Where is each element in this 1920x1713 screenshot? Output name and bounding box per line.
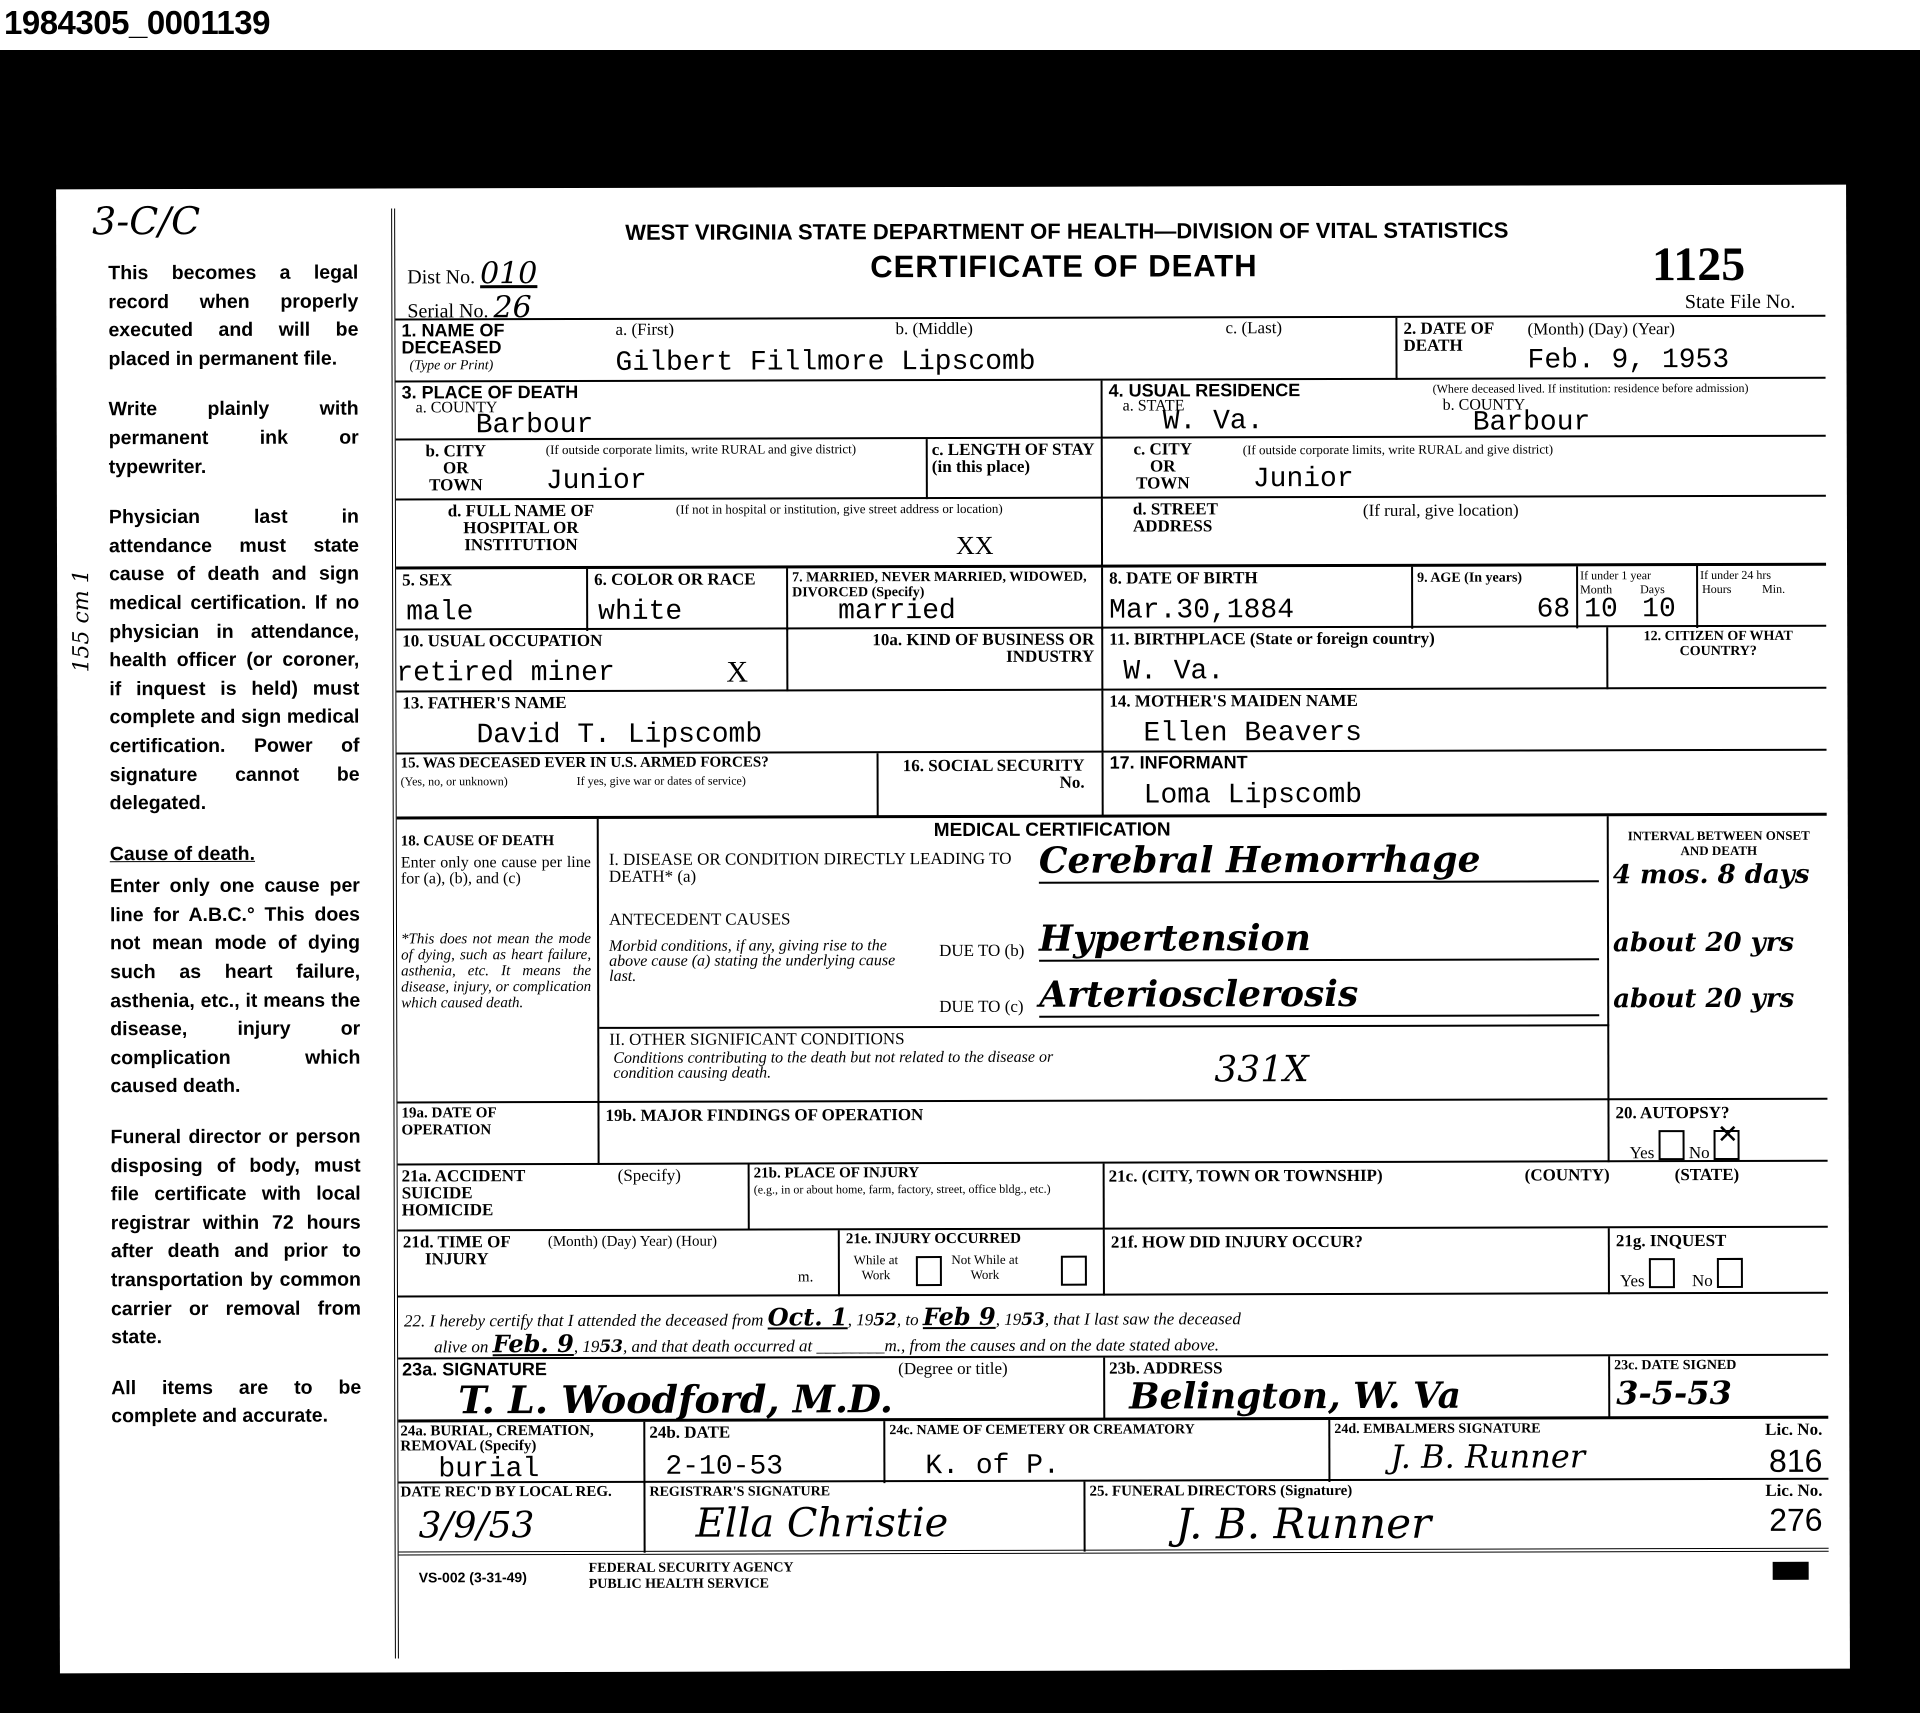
field-operation-findings: 19b. MAJOR FINDINGS OF OPERATION (597, 1100, 1607, 1165)
informant-label: 17. INFORMANT (1110, 754, 1248, 771)
row-attendance-statement: 22. I hereby certify that I attended the… (398, 1292, 1828, 1360)
length-of-stay-label: c. LENGTH OF STAY (in this place) (932, 441, 1097, 475)
attend-alive-year: 53 (599, 1337, 623, 1357)
street-note: (If rural, give location) (1363, 502, 1519, 519)
burial-date-value: 2-10-53 (665, 1453, 783, 1481)
mother-value: Ellen Beavers (1143, 720, 1362, 749)
form-number: VS-002 (3-31-49) (419, 1569, 527, 1586)
certificate-paper: 3-C/C 155 cm 1 This becomes a legal reco… (56, 185, 1850, 1674)
signature-label: 23a. SIGNATURE (402, 1361, 547, 1378)
physician-address: Belington, W. Va (1129, 1375, 1461, 1418)
disposition-label: 24a. BURIAL, CREMATION, REMOVAL (Specify… (400, 1424, 640, 1455)
cause-a-label: I. DISEASE OR CONDITION DIRECTLY LEADING… (609, 850, 1029, 885)
field-place-city: b. CITY OR TOWN (If outside corporate li… (396, 439, 926, 500)
cause-c-label: DUE TO (c) (939, 998, 1023, 1015)
dob-value: Mar.30,1884 (1109, 597, 1294, 625)
field-accident: 21a. ACCIDENT SUICIDE HOMICIDE (Specify) (398, 1165, 748, 1232)
inquest-yes-label: Yes (1620, 1271, 1645, 1290)
hospital-value: XX (956, 531, 994, 561)
field-under-1-year: If under 1 year Month Days 10 10 (1576, 566, 1696, 628)
business-label: 10a. KIND OF BUSINESS OR INDUSTRY (794, 631, 1094, 666)
occupation-mark: X (726, 656, 748, 690)
residence-note: (Where deceased lived. If institution: r… (1433, 381, 1813, 397)
row-medical-certification: 18. CAUSE OF DEATH Enter only one cause … (397, 813, 1828, 1105)
field-disposition: 24a. BURIAL, CREMATION, REMOVAL (Specify… (398, 1422, 643, 1485)
injury-time-label: 21d. TIME OF INJURY (402, 1233, 512, 1267)
while-at-work-label: While at Work (846, 1252, 906, 1282)
accident-label: 21a. ACCIDENT SUICIDE HOMICIDE (402, 1167, 552, 1218)
instruction-funeral: Funeral director or person disposing of … (111, 1123, 362, 1352)
place-of-injury-label: 21b. PLACE OF INJURY (754, 1166, 920, 1181)
interval-b: about 20 yrs (1613, 928, 1794, 958)
form-footer: VS-002 (3-31-49) FEDERAL SECURITY AGENCY… (399, 1548, 1829, 1616)
row-signature: 23a. SIGNATURE (Degree or title) T. L. W… (398, 1354, 1828, 1422)
name-sublabel: (Type or Print) (410, 358, 494, 373)
state-file-no: State File No. (1685, 291, 1796, 314)
hours-label: Hours (1702, 582, 1731, 597)
cause-code: 331X (1214, 1049, 1308, 1090)
instructions-sidebar: This becomes a legal record when properl… (108, 259, 361, 1454)
footer-agency-1: FEDERAL SECURITY AGENCY (589, 1560, 794, 1576)
attend-to: Feb 9 (923, 1302, 996, 1331)
deceased-name: Gilbert Fillmore Lipscomb (615, 349, 1035, 378)
injury-time-m: m. (798, 1270, 813, 1285)
not-while-at-work-label: Not While at Work (950, 1252, 1020, 1282)
sex-value: male (406, 599, 473, 627)
field-res-city: c. CITY OR TOWN (If outside corporate li… (1101, 437, 1826, 499)
row-injury-time: 21d. TIME OF INJURY (Month) (Day) Year) … (398, 1226, 1828, 1298)
min-label: Min. (1762, 582, 1785, 597)
row-place-county: 3. PLACE OF DEATH a. COUNTY Barbour 4. U… (396, 377, 1826, 441)
field-residence-state-county: 4. USUAL RESIDENCE (Where deceased lived… (1101, 379, 1826, 439)
attend-text-6: alive on (434, 1337, 488, 1356)
antecedent-note: Morbid conditions, if any, giving rise t… (609, 938, 919, 984)
not-while-at-work-checkbox[interactable] (1061, 1256, 1087, 1286)
under1-label: If under 1 year (1580, 568, 1651, 583)
field-injury-time: 21d. TIME OF INJURY (Month) (Day) Year) … (398, 1230, 838, 1297)
date-of-death-value: Feb. 9, 1953 (1527, 347, 1729, 376)
autopsy-label: 20. AUTOPSY? (1615, 1104, 1729, 1121)
date-signed-value: 3-5-53 (1616, 1374, 1732, 1412)
injury-time-cols: (Month) (Day) Year) (Hour) (548, 1235, 717, 1250)
inquest-yes-checkbox[interactable] (1649, 1258, 1675, 1288)
field-age: 9. AGE (In years) 68 (1411, 566, 1576, 628)
sex-label: 5. SEX (402, 571, 452, 588)
place-city-value: Junior (546, 468, 647, 496)
form-header: WEST VIRGINIA STATE DEPARTMENT OF HEALTH… (395, 205, 1825, 319)
field-informant: 17. INFORMANT Loma Lipscomb (1102, 751, 1827, 817)
attendance-line-2: alive on Feb. 9, 1953, and that death oc… (434, 1327, 1219, 1358)
race-label: 6. COLOR OR RACE (594, 571, 756, 588)
row-name: 1. NAME OF DECEASED (Type or Print) a. (… (395, 315, 1825, 383)
instruction-legal: This becomes a legal record when properl… (108, 259, 358, 374)
field-hospital: d. FULL NAME OF HOSPITAL OR INSTITUTION … (396, 499, 1101, 569)
footer-agency-2: PUBLIC HEALTH SERVICE (589, 1576, 769, 1591)
while-at-work-checkbox[interactable] (916, 1256, 942, 1286)
field-physician-signature: 23a. SIGNATURE (Degree or title) T. L. W… (398, 1358, 1103, 1422)
citizen-label: 12. CITIZEN OF WHAT COUNTRY? (1618, 629, 1818, 660)
field-ssn: 16. SOCIAL SECURITY No. (877, 753, 1102, 818)
other-conditions-label: II. OTHER SIGNIFICANT CONDITIONS (609, 1030, 904, 1048)
cause-c-value: Arteriosclerosis (1039, 972, 1599, 1017)
cemetery-value: K. of P. (925, 1453, 1059, 1481)
field-date-received: DATE REC'D BY LOCAL REG. 3/9/53 (398, 1483, 643, 1554)
embalmer-label: 24d. EMBALMERS SIGNATURE (1334, 1421, 1540, 1437)
row-burial: 24a. BURIAL, CREMATION, REMOVAL (Specify… (398, 1416, 1828, 1485)
funeral-lic-value: 276 (1769, 1502, 1822, 1539)
birthplace-value: W. Va. (1123, 658, 1224, 686)
embalmer-signature: J. B. Runner (1390, 1437, 1585, 1476)
date-of-death-label: 2. DATE OF DEATH (1403, 320, 1503, 354)
attend-text-8: , and that death occurred at (623, 1336, 812, 1355)
interval-c: about 20 yrs (1613, 984, 1794, 1014)
mother-label: 14. MOTHER'S MAIDEN NAME (1109, 692, 1357, 710)
funeral-director-label: 25. FUNERAL DIRECTORS (Signature) (1089, 1483, 1352, 1501)
row-city: b. CITY OR TOWN (If outside corporate li… (396, 435, 1826, 501)
cause-b-label: DUE TO (b) (939, 942, 1024, 959)
attend-alive: Feb. 9 (493, 1329, 574, 1358)
certificate-title: CERTIFICATE OF DEATH (870, 248, 1257, 285)
scan-background: 3-C/C 155 cm 1 This becomes a legal reco… (0, 50, 1920, 1713)
father-value: David T. Lipscomb (476, 721, 762, 750)
field-place-of-injury: 21b. PLACE OF INJURY (e.g., in or about … (748, 1164, 1103, 1231)
cause-label: 18. CAUSE OF DEATH (401, 833, 554, 850)
physician-signature: T. L. Woodford, M.D. (458, 1376, 893, 1422)
cause-b-value: Hypertension (1039, 916, 1599, 961)
attend-text-1: 22. I hereby certify that I attended the… (404, 1310, 763, 1330)
interval-a: 4 mos. 8 days (1613, 860, 1810, 891)
date-signed-label: 23c. DATE SIGNED (1614, 1358, 1736, 1373)
embalmer-lic-label: Lic. No. (1765, 1421, 1822, 1438)
middle-label: b. (Middle) (895, 321, 972, 336)
name-label: 1. NAME OF DECEASED (401, 322, 551, 356)
field-mother: 14. MOTHER'S MAIDEN NAME Ellen Beavers (1101, 689, 1826, 753)
date-received-label: DATE REC'D BY LOCAL REG. (400, 1485, 630, 1501)
field-marital: 7. MARRIED, NEVER MARRIED, WIDOWED, DIVO… (786, 568, 1101, 631)
row-parents: 13. FATHER'S NAME David T. Lipscomb 14. … (396, 687, 1826, 755)
place-county-value: Barbour (476, 412, 594, 440)
instruction-complete: All items are to be complete and accurat… (111, 1373, 361, 1431)
document-id: 1984305_0001139 (4, 4, 270, 42)
inquest-no-label: No (1692, 1271, 1713, 1290)
operation-date-label: 19a. DATE OF OPERATION (401, 1105, 521, 1139)
field-injury-occurred: 21e. INJURY OCCURRED While at Work Not W… (838, 1230, 1103, 1297)
father-label: 13. FATHER'S NAME (402, 694, 566, 711)
attend-text-4: , 19 (996, 1310, 1022, 1329)
field-place-county: 3. PLACE OF DEATH a. COUNTY Barbour (396, 381, 1101, 441)
inquest-options: Yes No (1620, 1258, 1743, 1288)
divider-other-conditions (599, 1024, 1609, 1029)
occupation-label: 10. USUAL OCCUPATION (402, 632, 602, 650)
cause-instr: Enter only one cause per line for (a), (… (401, 855, 591, 887)
autopsy-no-checkbox[interactable] (1714, 1130, 1740, 1160)
funeral-lic-label: Lic. No. (1765, 1482, 1822, 1499)
file-number: 1125 (1652, 237, 1746, 292)
field-embalmer: 24d. EMBALMERS SIGNATURE Lic. No. J. B. … (1328, 1419, 1828, 1482)
field-inquest: 21g. INQUEST Yes No (1608, 1228, 1828, 1295)
instruction-cause: Enter only one cause per line for A.B.C.… (110, 872, 361, 1101)
field-funeral-director: 25. FUNERAL DIRECTORS (Signature) Lic. N… (1083, 1480, 1828, 1552)
res-city-label: c. CITY OR TOWN (1123, 440, 1203, 491)
field-dob: 8. DATE OF BIRTH Mar.30,1884 (1101, 567, 1411, 630)
dob-label: 8. DATE OF BIRTH (1109, 569, 1258, 586)
field-registrar: REGISTRAR'S SIGNATURE Ella Christie (643, 1482, 1083, 1553)
autopsy-yes-checkbox[interactable] (1659, 1130, 1685, 1160)
field-autopsy: 20. AUTOPSY? Yes No (1607, 1100, 1827, 1163)
first-label: a. (First) (615, 322, 674, 337)
res-city-note: (If outside corporate limits, write RURA… (1243, 441, 1553, 457)
age-label: 9. AGE (In years) (1417, 571, 1522, 586)
row-hospital: d. FULL NAME OF HOSPITAL OR INSTITUTION … (396, 495, 1826, 569)
field-occupation: 10. USUAL OCCUPATION retired miner X (396, 629, 786, 692)
race-value: white (598, 599, 682, 627)
res-city-value: Junior (1253, 466, 1354, 494)
attend-from: Oct. 1 (768, 1302, 848, 1331)
injury-city-label: 21c. (CITY, TOWN OR TOWNSHIP) (1109, 1167, 1383, 1185)
place-city-label: b. CITY OR TOWN (416, 442, 496, 493)
injury-occurred-label: 21e. INJURY OCCURRED (846, 1232, 1021, 1247)
attend-text-7: , 19 (574, 1337, 600, 1356)
res-county-value: Barbour (1473, 409, 1591, 437)
embalmer-lic-value: 816 (1769, 1443, 1822, 1480)
informant-value: Loma Lipscomb (1144, 782, 1363, 811)
injury-county-label: (COUNTY) (1525, 1166, 1610, 1183)
field-cause-instructions: 18. CAUSE OF DEATH Enter only one cause … (397, 819, 598, 1105)
side-note: 155 cm 1 (69, 569, 94, 672)
operation-findings-label: 19b. MAJOR FINDINGS OF OPERATION (605, 1106, 923, 1124)
degree-label: (Degree or title) (898, 1360, 1008, 1377)
cemetery-label: 24c. NAME OF CEMETERY OR CREAMATORY (889, 1422, 1194, 1438)
autopsy-options: Yes No (1630, 1130, 1740, 1160)
row-armed-forces: 15. WAS DECEASED EVER IN U.S. ARMED FORC… (397, 749, 1827, 819)
field-name: 1. NAME OF DECEASED (Type or Print) a. (… (395, 318, 1395, 383)
disposition-value: burial (438, 1456, 539, 1484)
field-sex: 5. SEX male (396, 569, 586, 631)
dist-value: 010 (480, 256, 537, 291)
field-business: 10a. KIND OF BUSINESS OR INDUSTRY (786, 629, 1101, 692)
field-date-signed: 23c. DATE SIGNED 3-5-53 (1608, 1356, 1828, 1419)
top-bar: 1984305_0001139 (0, 0, 1920, 50)
ssn-label: 16. SOCIAL SECURITY No. (885, 757, 1085, 792)
injury-state-label: (STATE) (1675, 1166, 1740, 1183)
field-citizen: 12. CITIZEN OF WHAT COUNTRY? (1606, 627, 1826, 690)
armed-forces-sub2: If yes, give war or dates of service) (577, 774, 746, 789)
dist-label: Dist No. (407, 266, 475, 288)
field-race: 6. COLOR OR RACE white (586, 568, 786, 631)
row-occupation: 10. USUAL OCCUPATION retired miner X 10a… (396, 625, 1826, 693)
field-armed-forces: 15. WAS DECEASED EVER IN U.S. ARMED FORC… (397, 753, 877, 818)
marital-value: married (838, 598, 956, 626)
date-received-value: 3/9/53 (419, 1505, 535, 1546)
instruction-physician: Physician last in attendance must state … (109, 503, 360, 818)
medical-cert-title: MEDICAL CERTIFICATION (934, 821, 1171, 839)
field-father: 13. FATHER'S NAME David T. Lipscomb (396, 691, 1101, 755)
funeral-director-signature: J. B. Runner (1175, 1499, 1431, 1549)
last-label: c. (Last) (1225, 320, 1282, 335)
burial-date-label: 24b. DATE (649, 1424, 730, 1441)
field-cemetery: 24c. NAME OF CEMETERY OR CREAMATORY K. o… (883, 1420, 1328, 1483)
row-sex-race: 5. SEX male 6. COLOR OR RACE white 7. MA… (396, 563, 1826, 632)
address-label: 23b. ADDRESS (1109, 1359, 1222, 1376)
cause-a-value: Cerebral Hemorrhage (1039, 838, 1599, 883)
age-value: 68 (1537, 596, 1571, 624)
certificate-form: WEST VIRGINIA STATE DEPARTMENT OF HEALTH… (391, 205, 1829, 1659)
interval-label: INTERVAL BETWEEN ONSET AND DEATH (1619, 828, 1819, 859)
antecedent-label: ANTECEDENT CAUSES (609, 910, 791, 927)
place-city-note: (If outside corporate limits, write RURA… (546, 441, 876, 457)
date-of-death-cols: (Month) (Day) (Year) (1527, 321, 1675, 336)
hospital-label: d. FULL NAME OF HOSPITAL OR INSTITUTION (426, 502, 616, 553)
birthplace-label: 11. BIRTHPLACE (State or foreign country… (1109, 630, 1435, 648)
place-of-injury-note: (e.g., in or about home, farm, factory, … (754, 1182, 1094, 1198)
days-value: 10 (1642, 596, 1676, 624)
occupation-value: retired miner (396, 660, 615, 689)
under24-label: If under 24 hrs (1700, 568, 1771, 583)
how-injury-label: 21f. HOW DID INJURY OCCUR? (1111, 1233, 1363, 1251)
field-date-of-death: 2. DATE OF DEATH (Month) (Day) (Year) Fe… (1395, 317, 1825, 380)
field-burial-date: 24b. DATE 2-10-53 (643, 1421, 883, 1484)
corner-note: 3-C/C (92, 199, 200, 243)
union-bug-icon (1773, 1562, 1809, 1580)
armed-forces-label: 15. WAS DECEASED EVER IN U.S. ARMED FORC… (401, 755, 769, 771)
other-conditions-note: Conditions contributing to the death but… (613, 1050, 1093, 1081)
field-intervals: INTERVAL BETWEEN ONSET AND DEATH 4 mos. … (1607, 816, 1828, 1102)
field-street: d. STREET ADDRESS (If rural, give locati… (1101, 497, 1826, 567)
field-length-of-stay: c. LENGTH OF STAY (in this place) (926, 439, 1101, 499)
street-label: d. STREET ADDRESS (1133, 500, 1243, 534)
field-operation-date: 19a. DATE OF OPERATION (397, 1103, 597, 1166)
registrar-signature: Ella Christie (695, 1500, 948, 1547)
field-under-24-hrs: If under 24 hrs Hours Min. (1696, 566, 1826, 628)
field-birthplace: 11. BIRTHPLACE (State or foreign country… (1101, 627, 1606, 690)
field-how-injury: 21f. HOW DID INJURY OCCUR? (1103, 1228, 1608, 1295)
inquest-no-checkbox[interactable] (1717, 1258, 1743, 1288)
res-state-value: W. Va. (1163, 408, 1264, 436)
hospital-note: (If not in hospital or institution, give… (676, 501, 1086, 517)
attend-text-3: , to (897, 1310, 919, 1329)
registrar-label: REGISTRAR'S SIGNATURE (649, 1484, 830, 1499)
agency-title: WEST VIRGINIA STATE DEPARTMENT OF HEALTH… (625, 218, 1508, 246)
instruction-write: Write plainly with permanent ink or type… (109, 395, 359, 481)
field-physician-address: 23b. ADDRESS Belington, W. Va (1103, 1356, 1608, 1419)
attend-text-5: , that I last saw the deceased (1045, 1309, 1241, 1329)
instruction-heading-cause: Cause of death. (110, 839, 360, 868)
month-value: 10 (1584, 596, 1618, 624)
accident-specify: (Specify) (618, 1167, 681, 1184)
attend-text-9: m., from the causes and on the date stat… (884, 1335, 1219, 1355)
dist-no: Dist No. 010 (407, 256, 537, 291)
cause-note: *This does not mean the mode of dying, s… (401, 931, 591, 1011)
attend-text-2: , 19 (848, 1310, 874, 1329)
armed-forces-sub1: (Yes, no, or unknown) (401, 774, 508, 789)
field-injury-location: 21c. (CITY, TOWN OR TOWNSHIP) (COUNTY) (… (1103, 1162, 1828, 1230)
row-accident: 21a. ACCIDENT SUICIDE HOMICIDE (Specify)… (398, 1160, 1828, 1232)
row-operation: 19a. DATE OF OPERATION 19b. MAJOR FINDIN… (397, 1098, 1827, 1166)
row-registration: DATE REC'D BY LOCAL REG. 3/9/53 REGISTRA… (398, 1478, 1828, 1554)
inquest-label: 21g. INQUEST (1616, 1232, 1727, 1249)
field-causes: MEDICAL CERTIFICATION I. DISEASE OR COND… (597, 816, 1608, 1104)
